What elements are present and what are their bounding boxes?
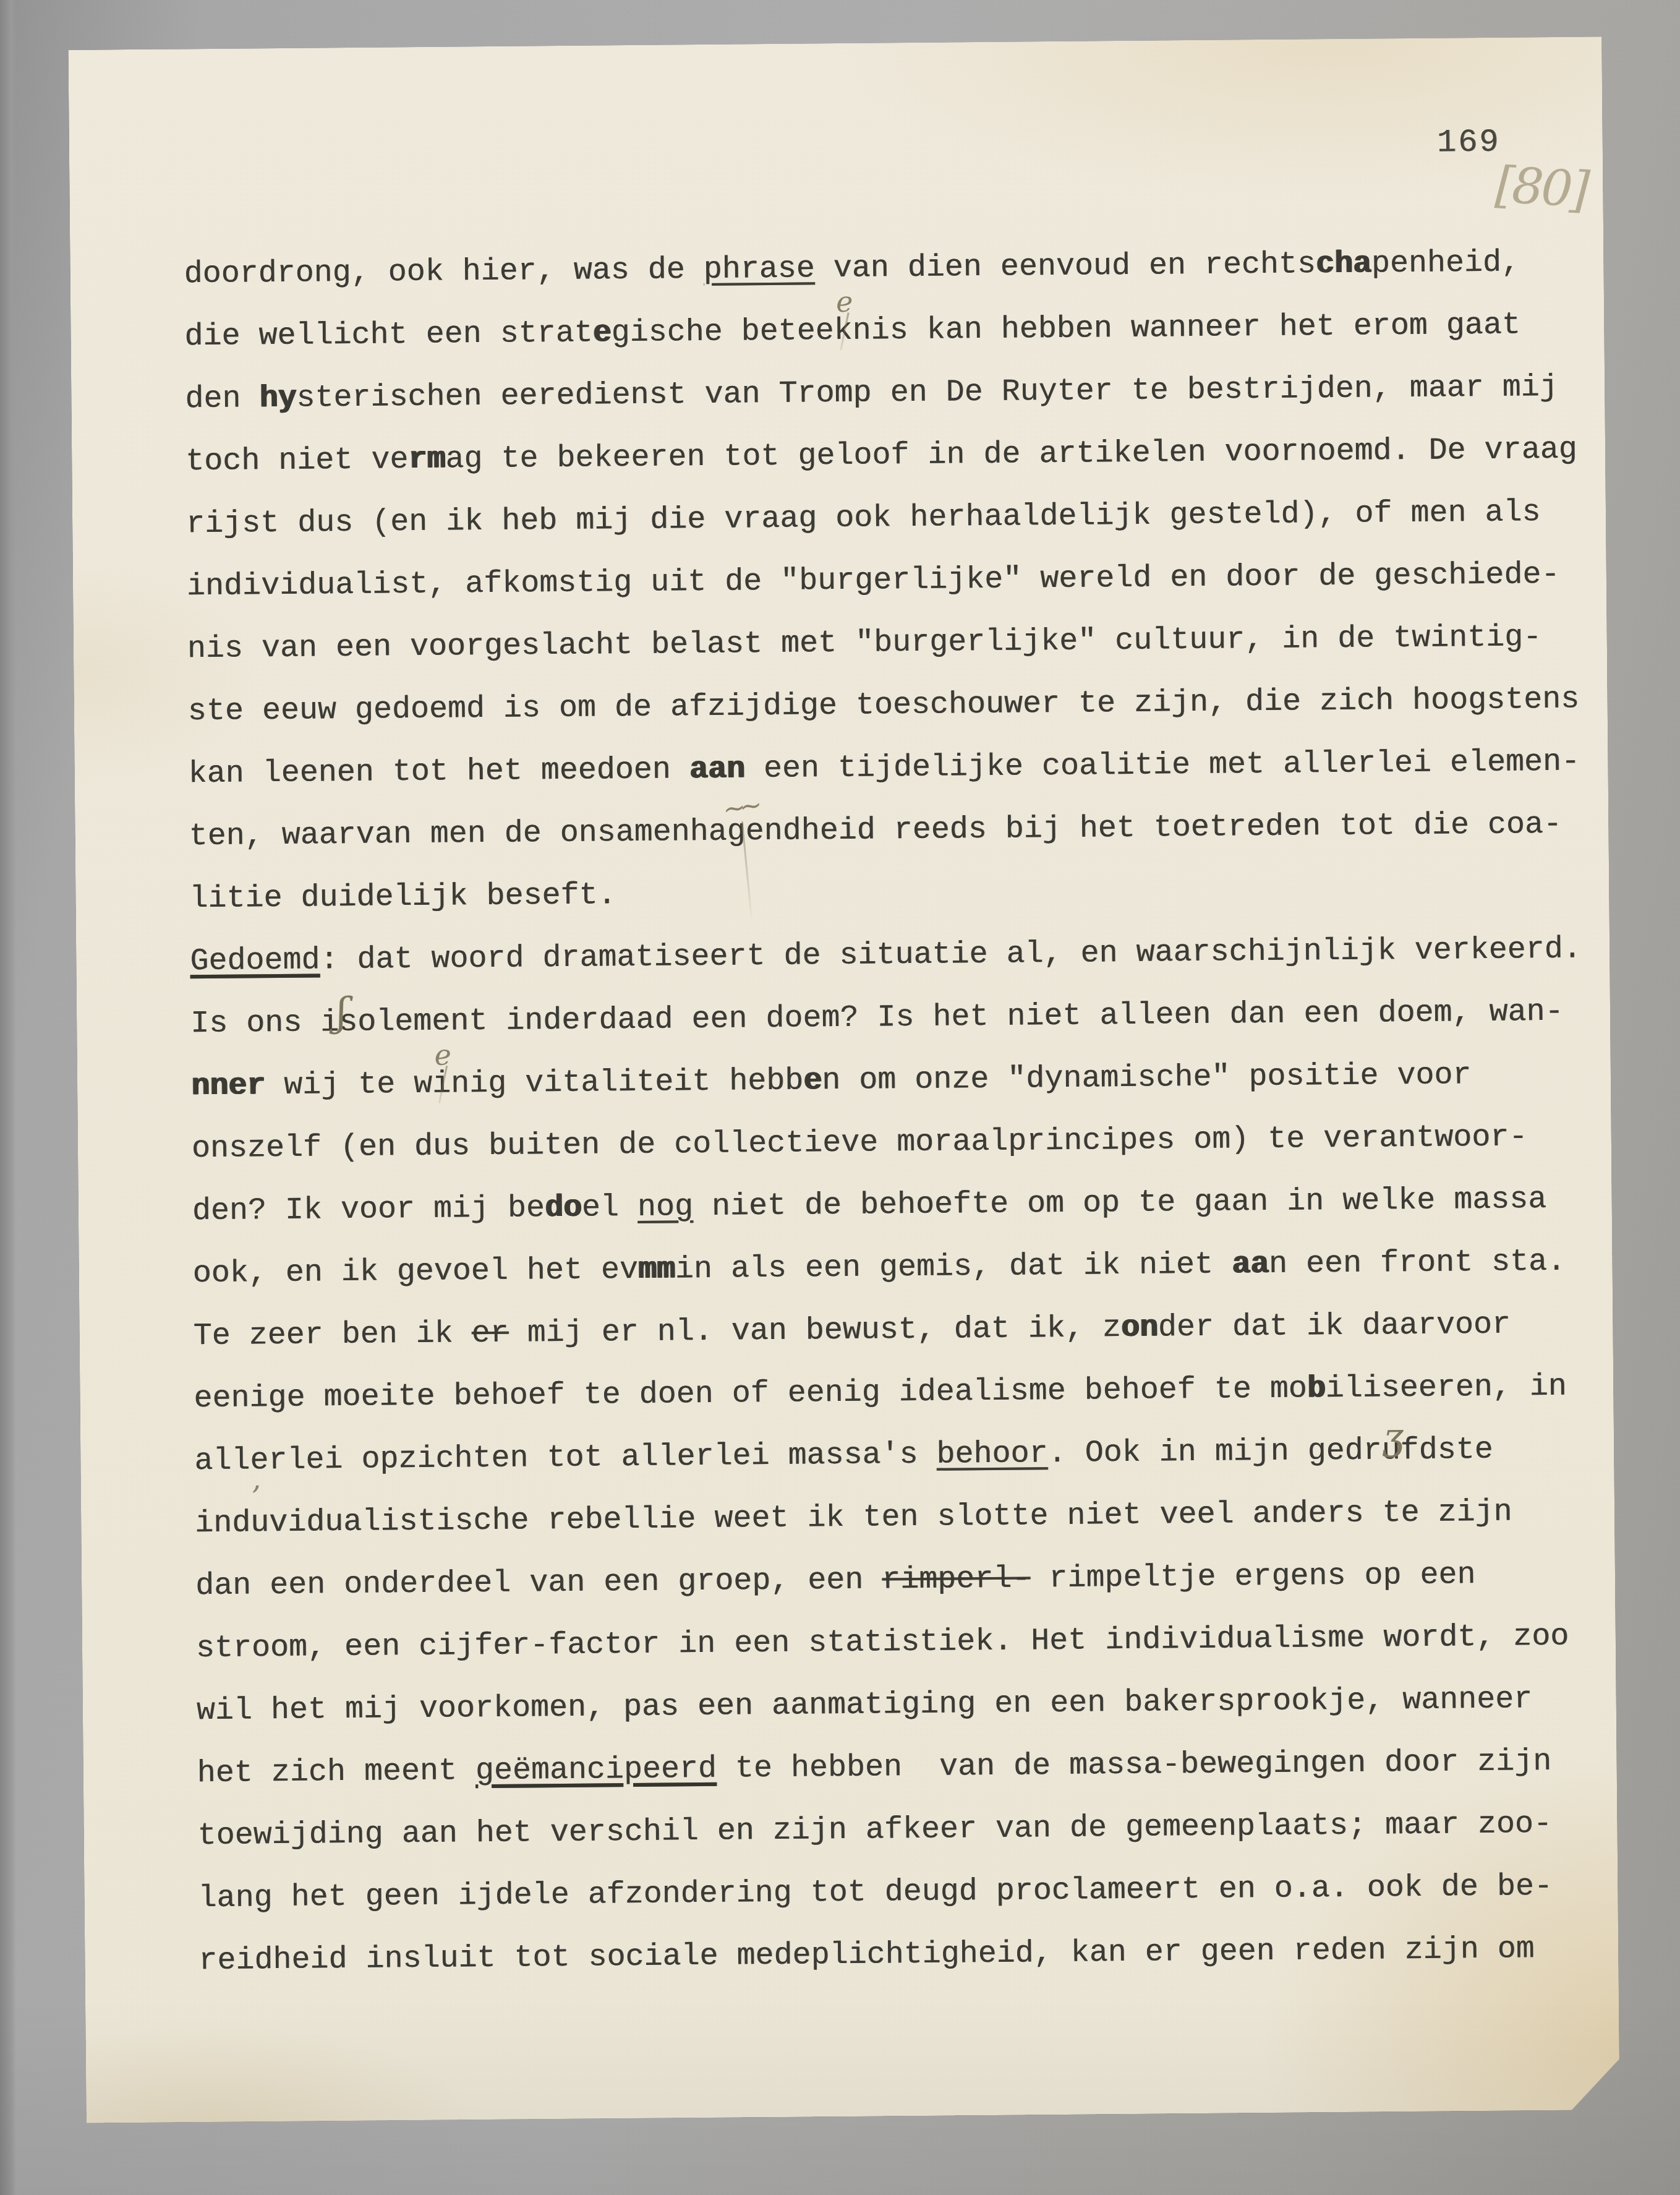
typed-text: te hebben van de massa-bewegingen door z… [717, 1744, 1552, 1787]
typed-text: gendheid~~ [727, 813, 876, 850]
typescript-line: stroom, een cijfer-factor in een statist… [196, 1605, 1619, 1680]
overstruck-text: mm [638, 1252, 676, 1288]
overstruck-text: nner [191, 1068, 266, 1104]
overstruck-text: b [1307, 1371, 1326, 1406]
typed-text: eenige moeite behoef te doen of eenig id… [194, 1371, 1307, 1416]
typescript-line: individualist, afkomstig uit de "burgerl… [187, 543, 1610, 618]
typescript-line: rijst dus (en ik heb mij die vraag ook h… [186, 481, 1609, 555]
typed-text: reeds bij het toetreden tot die coa- [875, 807, 1562, 849]
overstruck-text: cha [1316, 247, 1372, 283]
typescript-line: onszelf (en dus buiten de collectieve mo… [191, 1105, 1614, 1180]
typed-text: n om onze "dynamische" positie voor [822, 1058, 1472, 1098]
typed-text: Te zeer ben ik [193, 1316, 472, 1354]
typed-text: uʼ [250, 1505, 270, 1541]
typed-text: ste eeuw gedoemd is om de afzijdige toes… [188, 682, 1580, 730]
underlined-word: behoor [936, 1436, 1048, 1473]
overstruck-text: aan [689, 751, 746, 787]
typed-text: individualist, afkomstig uit de "burgerl… [187, 557, 1560, 604]
typescript-line: induʼvidualistische rebellie weet ik ten… [195, 1480, 1618, 1555]
typed-text: Is ons i [190, 1005, 339, 1042]
pencil-folio-annotation: [80] [1494, 156, 1589, 219]
underlined-word: phrase [703, 251, 815, 288]
overstruck-text: on [1121, 1311, 1159, 1346]
typed-text: wil het mij voorkomen, pas een aanmatigi… [197, 1682, 1533, 1729]
typescript-line: allerlei opzichten tot allerlei massa's … [194, 1418, 1617, 1492]
typescript-line: nis van een voorgeslacht belast met "bur… [187, 605, 1610, 680]
typed-text: rijst dus (en ik heb mij die vraag ook h… [186, 495, 1541, 542]
typescript-line: Is ons isʃolement inderdaad een doem? Is… [190, 980, 1613, 1055]
struck-word: er [471, 1316, 509, 1352]
overstruck-text: rm [408, 442, 446, 478]
typed-text: der dat ik daarvoor [1158, 1307, 1511, 1346]
typed-text: . Ook in mijn gedr [1047, 1433, 1382, 1471]
typescript-lines: doordrong, ook hier, was de phrase van d… [184, 231, 1621, 1992]
typed-text: den [185, 381, 260, 417]
typed-text: knise [834, 313, 908, 349]
typed-text: kan hebben wanneer het erom gaat [908, 307, 1520, 348]
handwritten-correction: ʒ [1383, 1418, 1404, 1455]
struck-word: rimperl- [882, 1561, 1031, 1598]
typescript-line: ste eeuw gedoemd is om de afzijdige toes… [187, 668, 1610, 743]
typed-text: onszelf (en dus buiten de collectieve mo… [192, 1119, 1528, 1166]
typed-text: sʃ [339, 1005, 358, 1040]
overstruck-text: aa [1232, 1247, 1269, 1283]
typed-text: in als een gemis, dat ik niet [675, 1247, 1232, 1288]
typed-text: penheid, [1371, 245, 1520, 281]
typed-text: : dat woord dramatiseert de situatie al,… [320, 932, 1582, 978]
typed-text: nis van een voorgeslacht belast met "bur… [187, 620, 1542, 667]
overstruck-text: e [592, 315, 612, 351]
typed-text: rimpeltje ergens op een [1030, 1557, 1476, 1596]
typescript-line: kan leenen tot het meedoen aan een tijde… [188, 730, 1611, 805]
typed-text: toch niet ve [185, 442, 409, 479]
typescript-line: toch niet vermag te bekeeren tot geloof … [185, 418, 1608, 493]
typescript-line: ook, en ik gevoel het evmmin als een gem… [192, 1230, 1615, 1305]
typescript-line: Te zeer ben ik er mij er nl. van bewust,… [193, 1293, 1616, 1367]
typed-text: niet de behoefte om op te gaan in welke … [693, 1182, 1547, 1225]
typed-text: olement inderdaad een doem? Is het niet … [357, 995, 1564, 1040]
typed-text: wij te w [265, 1067, 433, 1103]
overstruck-text: e [803, 1063, 822, 1098]
typed-text: doordrong, ook hier, was de [184, 252, 704, 292]
underlined-word: geëmancipeerd [475, 1752, 717, 1789]
typed-text: el [582, 1190, 638, 1226]
typed-text: sterischen eeredienst van Tromp en De Ru… [296, 370, 1558, 416]
typescript-line: den hysterischen eeredienst van Tromp en… [185, 356, 1608, 430]
typescript-line: litie duidelijk beseft. [189, 855, 1612, 930]
typescript-line: den? Ik voor mij bedoel nog niet de beho… [192, 1168, 1614, 1243]
underlined-word: nog [637, 1189, 694, 1225]
typescript-line: wil het mij voorkomen, pas een aanmatigi… [196, 1667, 1619, 1742]
typed-text: vitaliteit hebb [506, 1064, 804, 1102]
underlined-word: Gedoemd [190, 943, 320, 979]
typed-text: ten, waarvan men de onsamenha [189, 815, 727, 855]
typed-text: gische betee [611, 314, 834, 351]
typewritten-page: 169 [80] doordrong, ook hier, was de phr… [68, 36, 1619, 2123]
overstruck-text: do [545, 1191, 582, 1226]
typed-text: mij er nl. van bewust, dat ik, z [508, 1311, 1121, 1351]
typescript-line: dan een onderdeel van een groep, een rim… [195, 1542, 1618, 1617]
typed-text: reidheid insluit tot sociale medeplichti… [198, 1932, 1535, 1979]
typed-text: ufdsteʒ [1381, 1432, 1493, 1469]
typed-text: vidualistische rebellie weet ik ten slot… [269, 1495, 1512, 1541]
typed-text: ook, en ik gevoel het ev [192, 1252, 638, 1291]
typescript-line: eenige moeite behoef te doen of eenig id… [194, 1355, 1616, 1430]
page-number: 169 [1437, 124, 1501, 161]
typed-text: n een front sta. [1269, 1244, 1566, 1282]
typed-text: stroom, een cijfer-factor in een statist… [196, 1619, 1569, 1666]
typescript-line: doordrong, ook hier, was de phrase van d… [184, 231, 1606, 306]
typed-text: iliseeren, in [1325, 1369, 1567, 1406]
typed-text: die wellicht een strat [184, 316, 593, 355]
typed-text: litie duidelijk beseft. [189, 878, 616, 917]
typed-text: kan leenen tot het meedoen [188, 752, 689, 792]
typescript-line: ten, waarvan men de onsamenhagendheid~~ … [189, 793, 1611, 868]
overstruck-text: hy [259, 381, 297, 417]
typed-text: lang het geen ijdele afzondering tot deu… [198, 1869, 1553, 1916]
typescript-line: het zich meent geëmancipeerd te hebben v… [197, 1730, 1619, 1805]
typed-text: inige [432, 1066, 507, 1102]
typed-text: ind [195, 1505, 251, 1541]
typescript-line: Gedoemd: dat woord dramatiseert de situa… [190, 918, 1613, 993]
typed-text: een tijdelijke coalitie met allerlei ele… [745, 745, 1580, 787]
typed-text: toewijding aan het verschil en zijn afke… [197, 1807, 1552, 1854]
typed-text: dan een onderdeel van een groep, een [195, 1562, 882, 1604]
typescript-line: toewijding aan het verschil en zijn afke… [197, 1792, 1620, 1867]
typed-text: den? Ik voor mij be [192, 1191, 545, 1229]
typescript-line: lang het geen ijdele afzondering tot deu… [198, 1855, 1621, 1930]
typescript-line: reidheid insluit tot sociale medeplichti… [198, 1917, 1621, 1992]
typed-text: van dien eenvoud en rechts [814, 247, 1316, 286]
typescript-line: nner wij te winige vitaliteit hebben om … [191, 1043, 1614, 1118]
typed-text: allerlei opzichten tot allerlei massa's [194, 1437, 937, 1479]
typed-text: ag te bekeeren tot geloof in de artikele… [445, 432, 1577, 477]
typed-text: het zich meent [197, 1753, 475, 1791]
typescript-line: die wellicht een strategische beteeknise… [184, 293, 1607, 368]
